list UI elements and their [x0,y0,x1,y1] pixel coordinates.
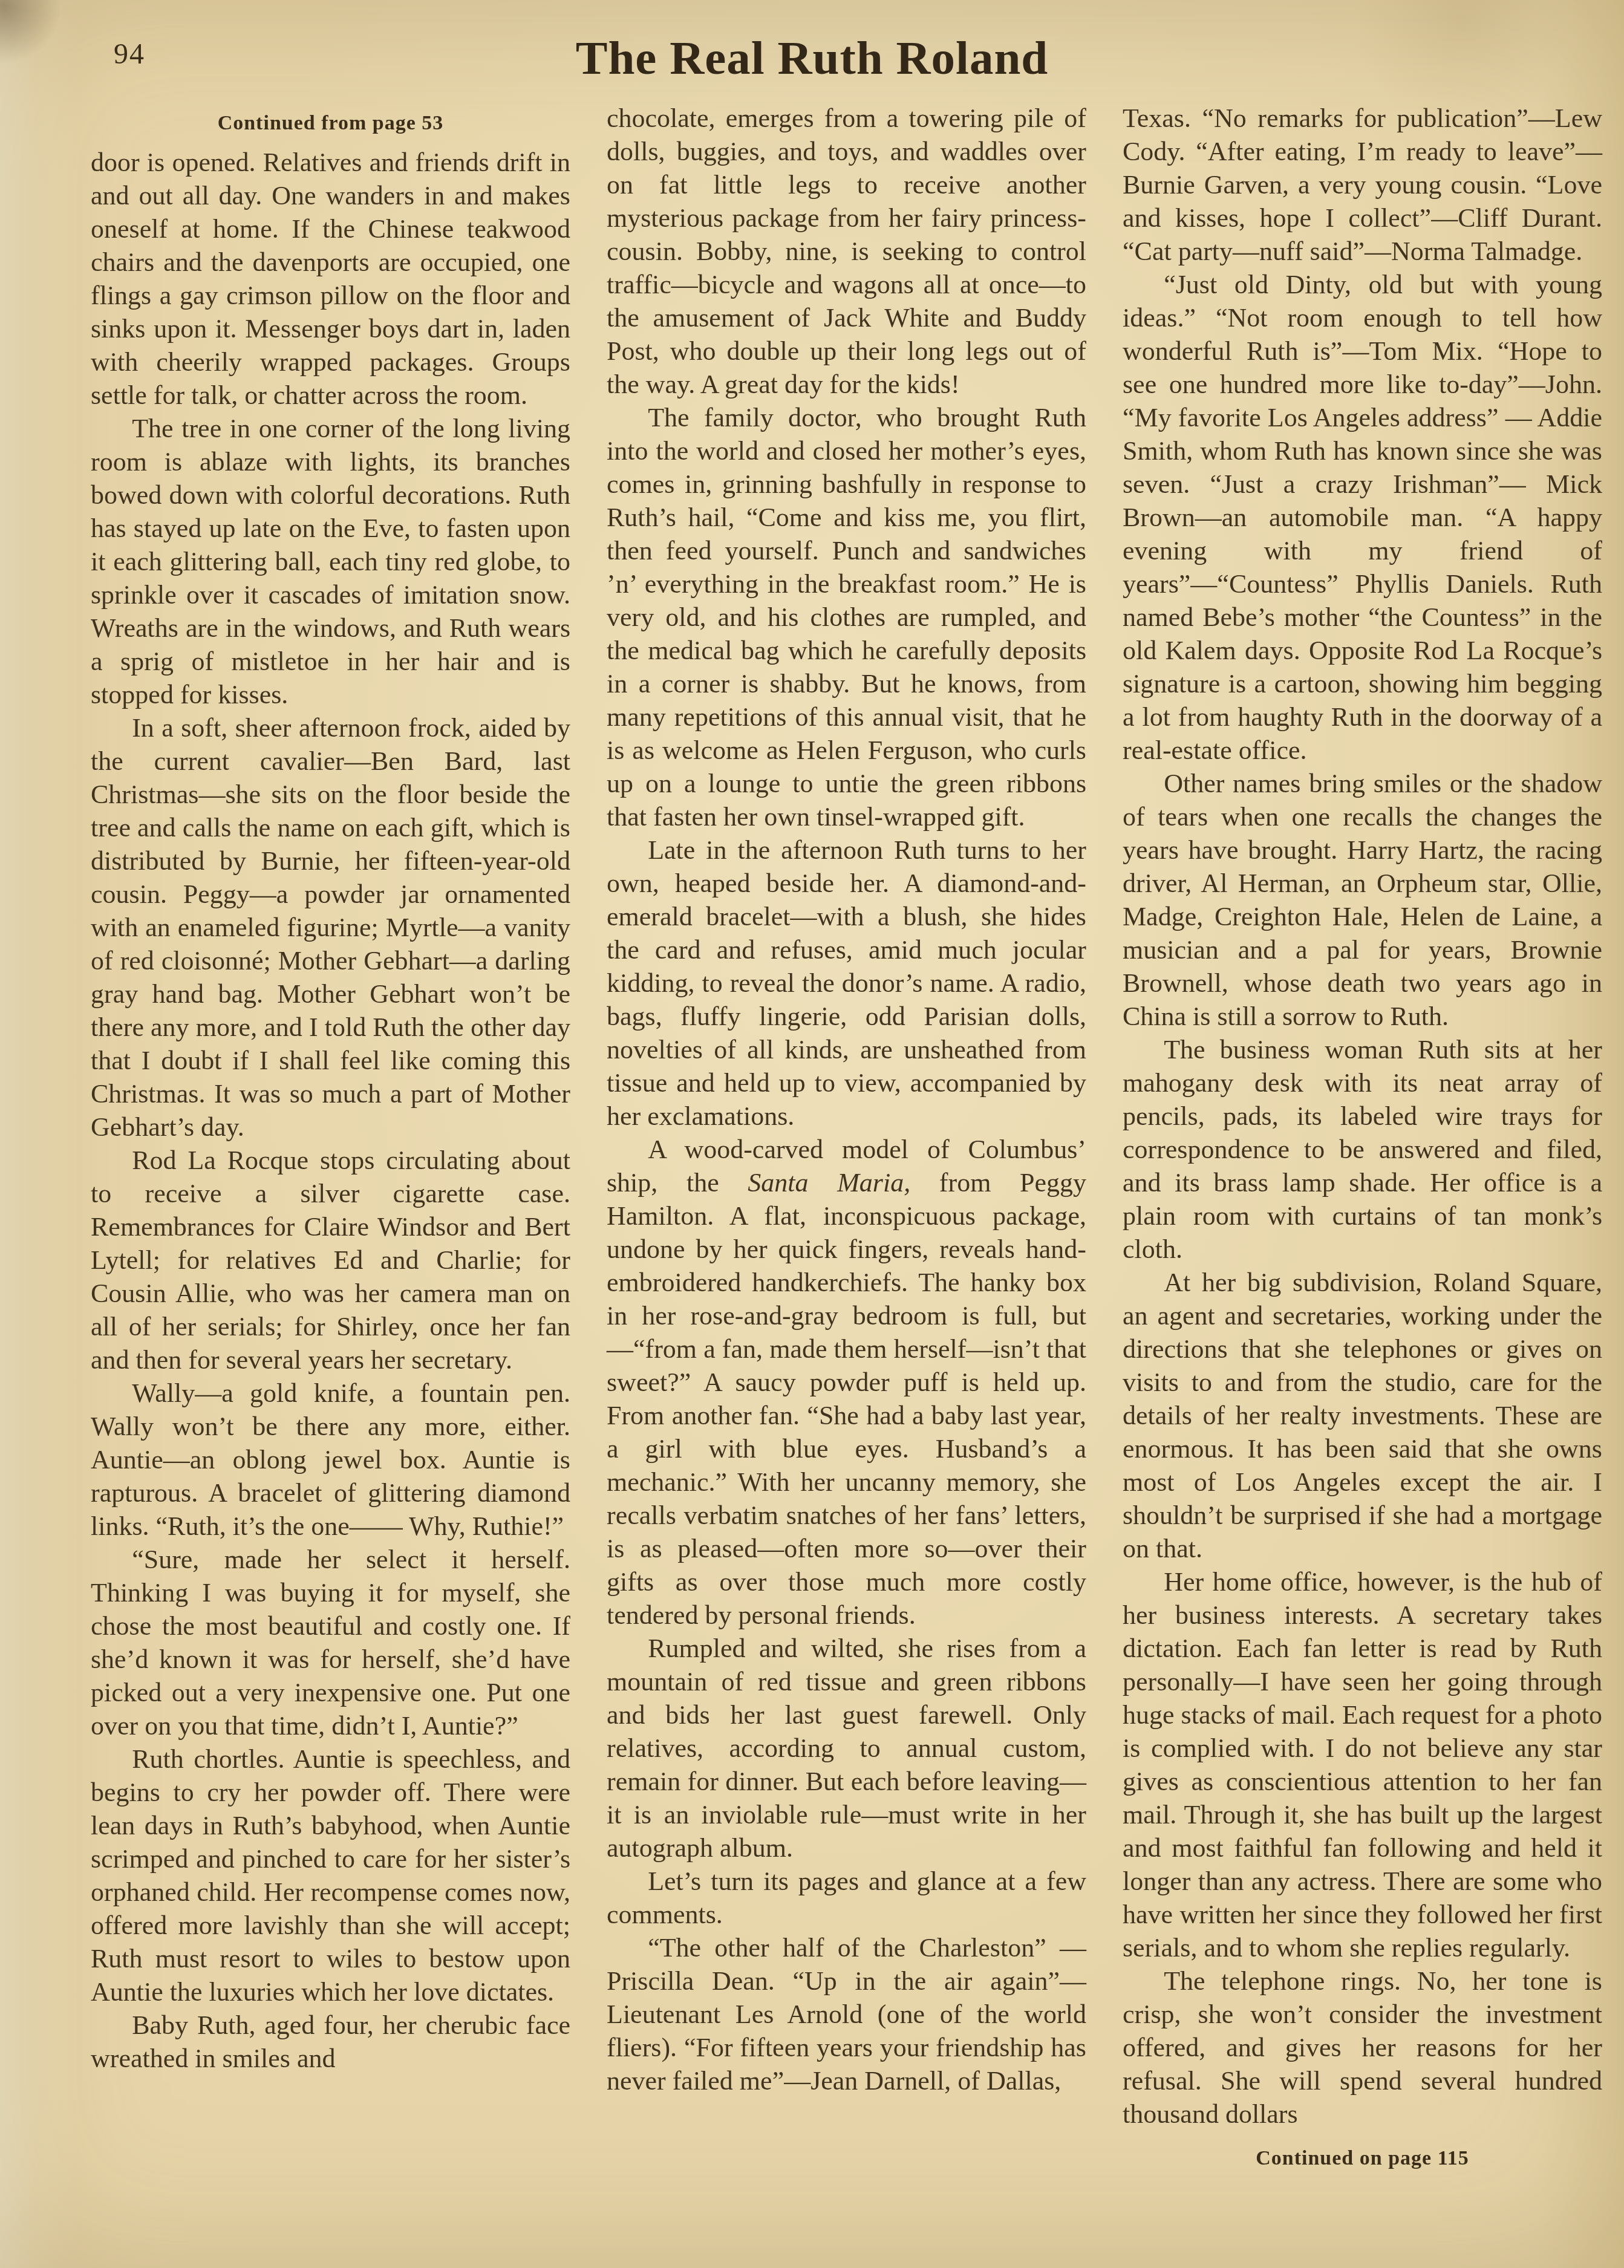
page-number: 94 [114,37,145,71]
column-2: chocolate, emerges from a towering pile … [607,102,1086,2175]
paragraph: Other names bring smiles or the shadow o… [1123,767,1602,1033]
article-columns: Continued from page 53 door is opened. R… [0,86,1624,2175]
page-title: The Real Ruth Roland [0,0,1624,86]
column-1: Continued from page 53 door is opened. R… [91,102,570,2175]
paragraph: Her home office, however, is the hub of … [1123,1565,1602,1964]
column-3: Texas. “No remarks for publication”—Lew … [1123,102,1602,2175]
paragraph: The family doctor, who brought Ruth into… [607,401,1086,833]
paragraph: “Sure, made her select it herself. Think… [91,1543,570,1742]
paragraph: In a soft, sheer afternoon frock, aided … [91,711,570,1144]
paragraph: Wally—a gold knife, a fountain pen. Wall… [91,1377,570,1543]
paragraph: Let’s turn its pages and glance at a few… [607,1865,1086,1931]
paragraph: “Just old Dinty, old but with young idea… [1123,268,1602,767]
paragraph: Rod La Rocque stops circulating about to… [91,1144,570,1377]
paragraph: The telephone rings. No, her tone is cri… [1123,1964,1602,2131]
paragraph: Texas. “No remarks for publication”—Lew … [1123,102,1602,268]
paragraph: The tree in one corner of the long livin… [91,412,570,711]
paragraph: The business woman Ruth sits at her maho… [1123,1033,1602,1266]
paragraph: door is opened. Relatives and friends dr… [91,146,570,412]
paragraph: Late in the afternoon Ruth turns to her … [607,833,1086,1133]
magazine-page: 94 The Real Ruth Roland Continued from p… [0,0,1624,2268]
paragraph: “The other half of the Charleston” —Pris… [607,1931,1086,2097]
continued-from-note: Continued from page 53 [91,106,570,140]
paragraph: Rumpled and wilted, she rises from a mou… [607,1632,1086,1865]
paragraph: chocolate, emerges from a towering pile … [607,102,1086,401]
paragraph: Ruth chortles. Auntie is speechless, and… [91,1742,570,2009]
continued-on-note: Continued on page 115 [1123,2142,1602,2175]
paragraph: Baby Ruth, aged four, her cherubic face … [91,2009,570,2075]
paragraph: At her big subdivision, Roland Square, a… [1123,1266,1602,1565]
paragraph: A wood-carved model of Columbus’ ship, t… [607,1133,1086,1632]
